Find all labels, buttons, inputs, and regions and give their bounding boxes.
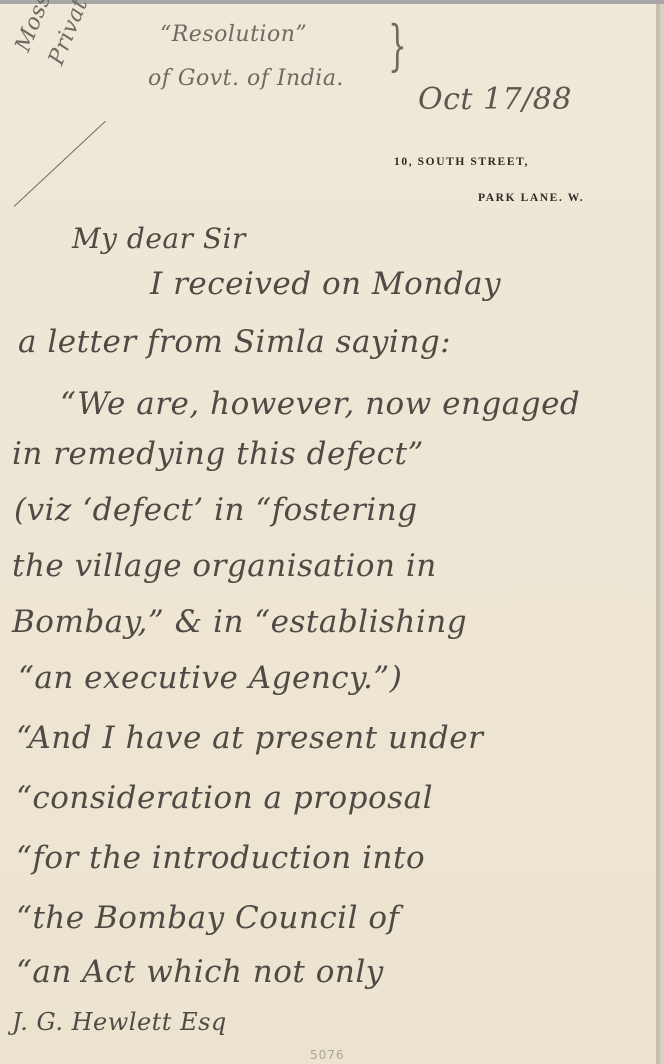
resolution-annotation: “Resolution”: [160, 22, 307, 47]
body-line: I received on Monday: [150, 266, 501, 302]
body-line: Bombay,” & in “establishing: [12, 604, 467, 640]
salutation: My dear Sir: [72, 222, 246, 255]
body-line: “an Act which not only: [16, 954, 384, 990]
body-line: “an executive Agency.”): [18, 660, 402, 696]
private-annotation: Moss Private: [6, 0, 104, 71]
body-line: “the Bombay Council of: [16, 900, 400, 936]
body-line: in remedying this defect”: [12, 436, 424, 472]
annotation-underline: [14, 121, 106, 207]
body-line: (viz ‘defect’ in “fostering: [14, 492, 418, 528]
letterhead-street: 10, SOUTH STREET,: [394, 156, 529, 168]
addressee: J. G. Hewlett Esq: [12, 1008, 227, 1036]
body-line: “We are, however, now engaged: [60, 386, 580, 422]
body-line: the village organisation in: [12, 548, 437, 584]
body-line: “for the introduction into: [16, 840, 425, 876]
letterhead-area: PARK LANE. W.: [478, 192, 584, 204]
annotation-bracket: }: [388, 14, 407, 77]
govt-annotation: of Govt. of India.: [148, 66, 344, 91]
folio-number: 5076: [310, 1048, 345, 1062]
letter-page: Moss Private “Resolution” of Govt. of In…: [0, 4, 660, 1064]
body-line: “consideration a proposal: [16, 780, 433, 816]
body-line: a letter from Simla saying:: [18, 324, 451, 360]
letter-date: Oct 17/88: [418, 82, 572, 117]
body-line: “And I have at present under: [16, 720, 483, 756]
